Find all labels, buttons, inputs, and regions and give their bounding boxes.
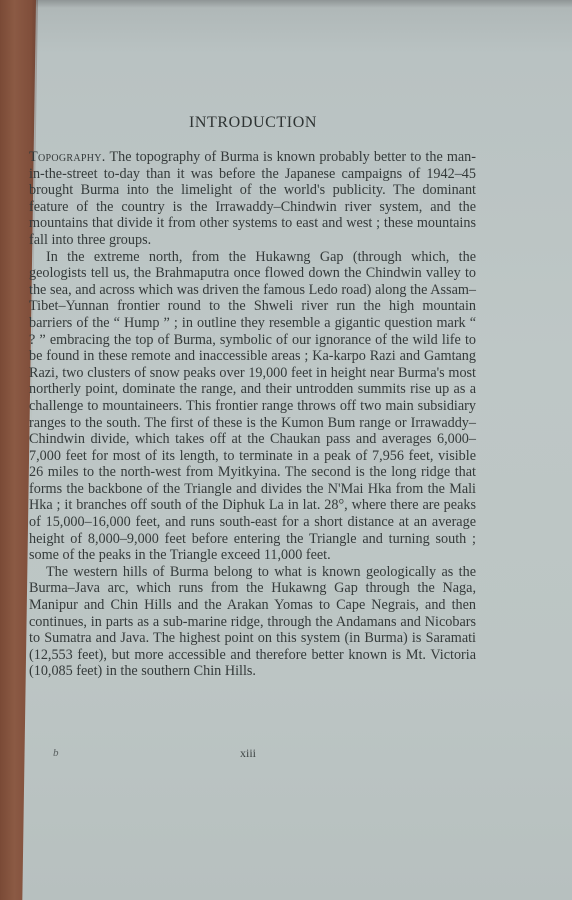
page-number: xiii	[240, 746, 256, 761]
paragraph-northern-mountains: In the extreme north, from the Hukawng G…	[29, 249, 476, 564]
chapter-heading: INTRODUCTION	[0, 114, 506, 132]
paragraph-western-hills: The western hills of Burma belong to wha…	[29, 564, 476, 680]
paragraph-topography: Topography. The topography of Burma is k…	[29, 149, 476, 249]
section-lead-topography: Topography.	[29, 149, 106, 165]
signature-mark: b	[53, 747, 59, 759]
book-page: INTRODUCTION Topography. The topography …	[0, 0, 572, 900]
body-text: Topography. The topography of Burma is k…	[29, 149, 476, 680]
page-top-shadow	[0, 0, 572, 8]
